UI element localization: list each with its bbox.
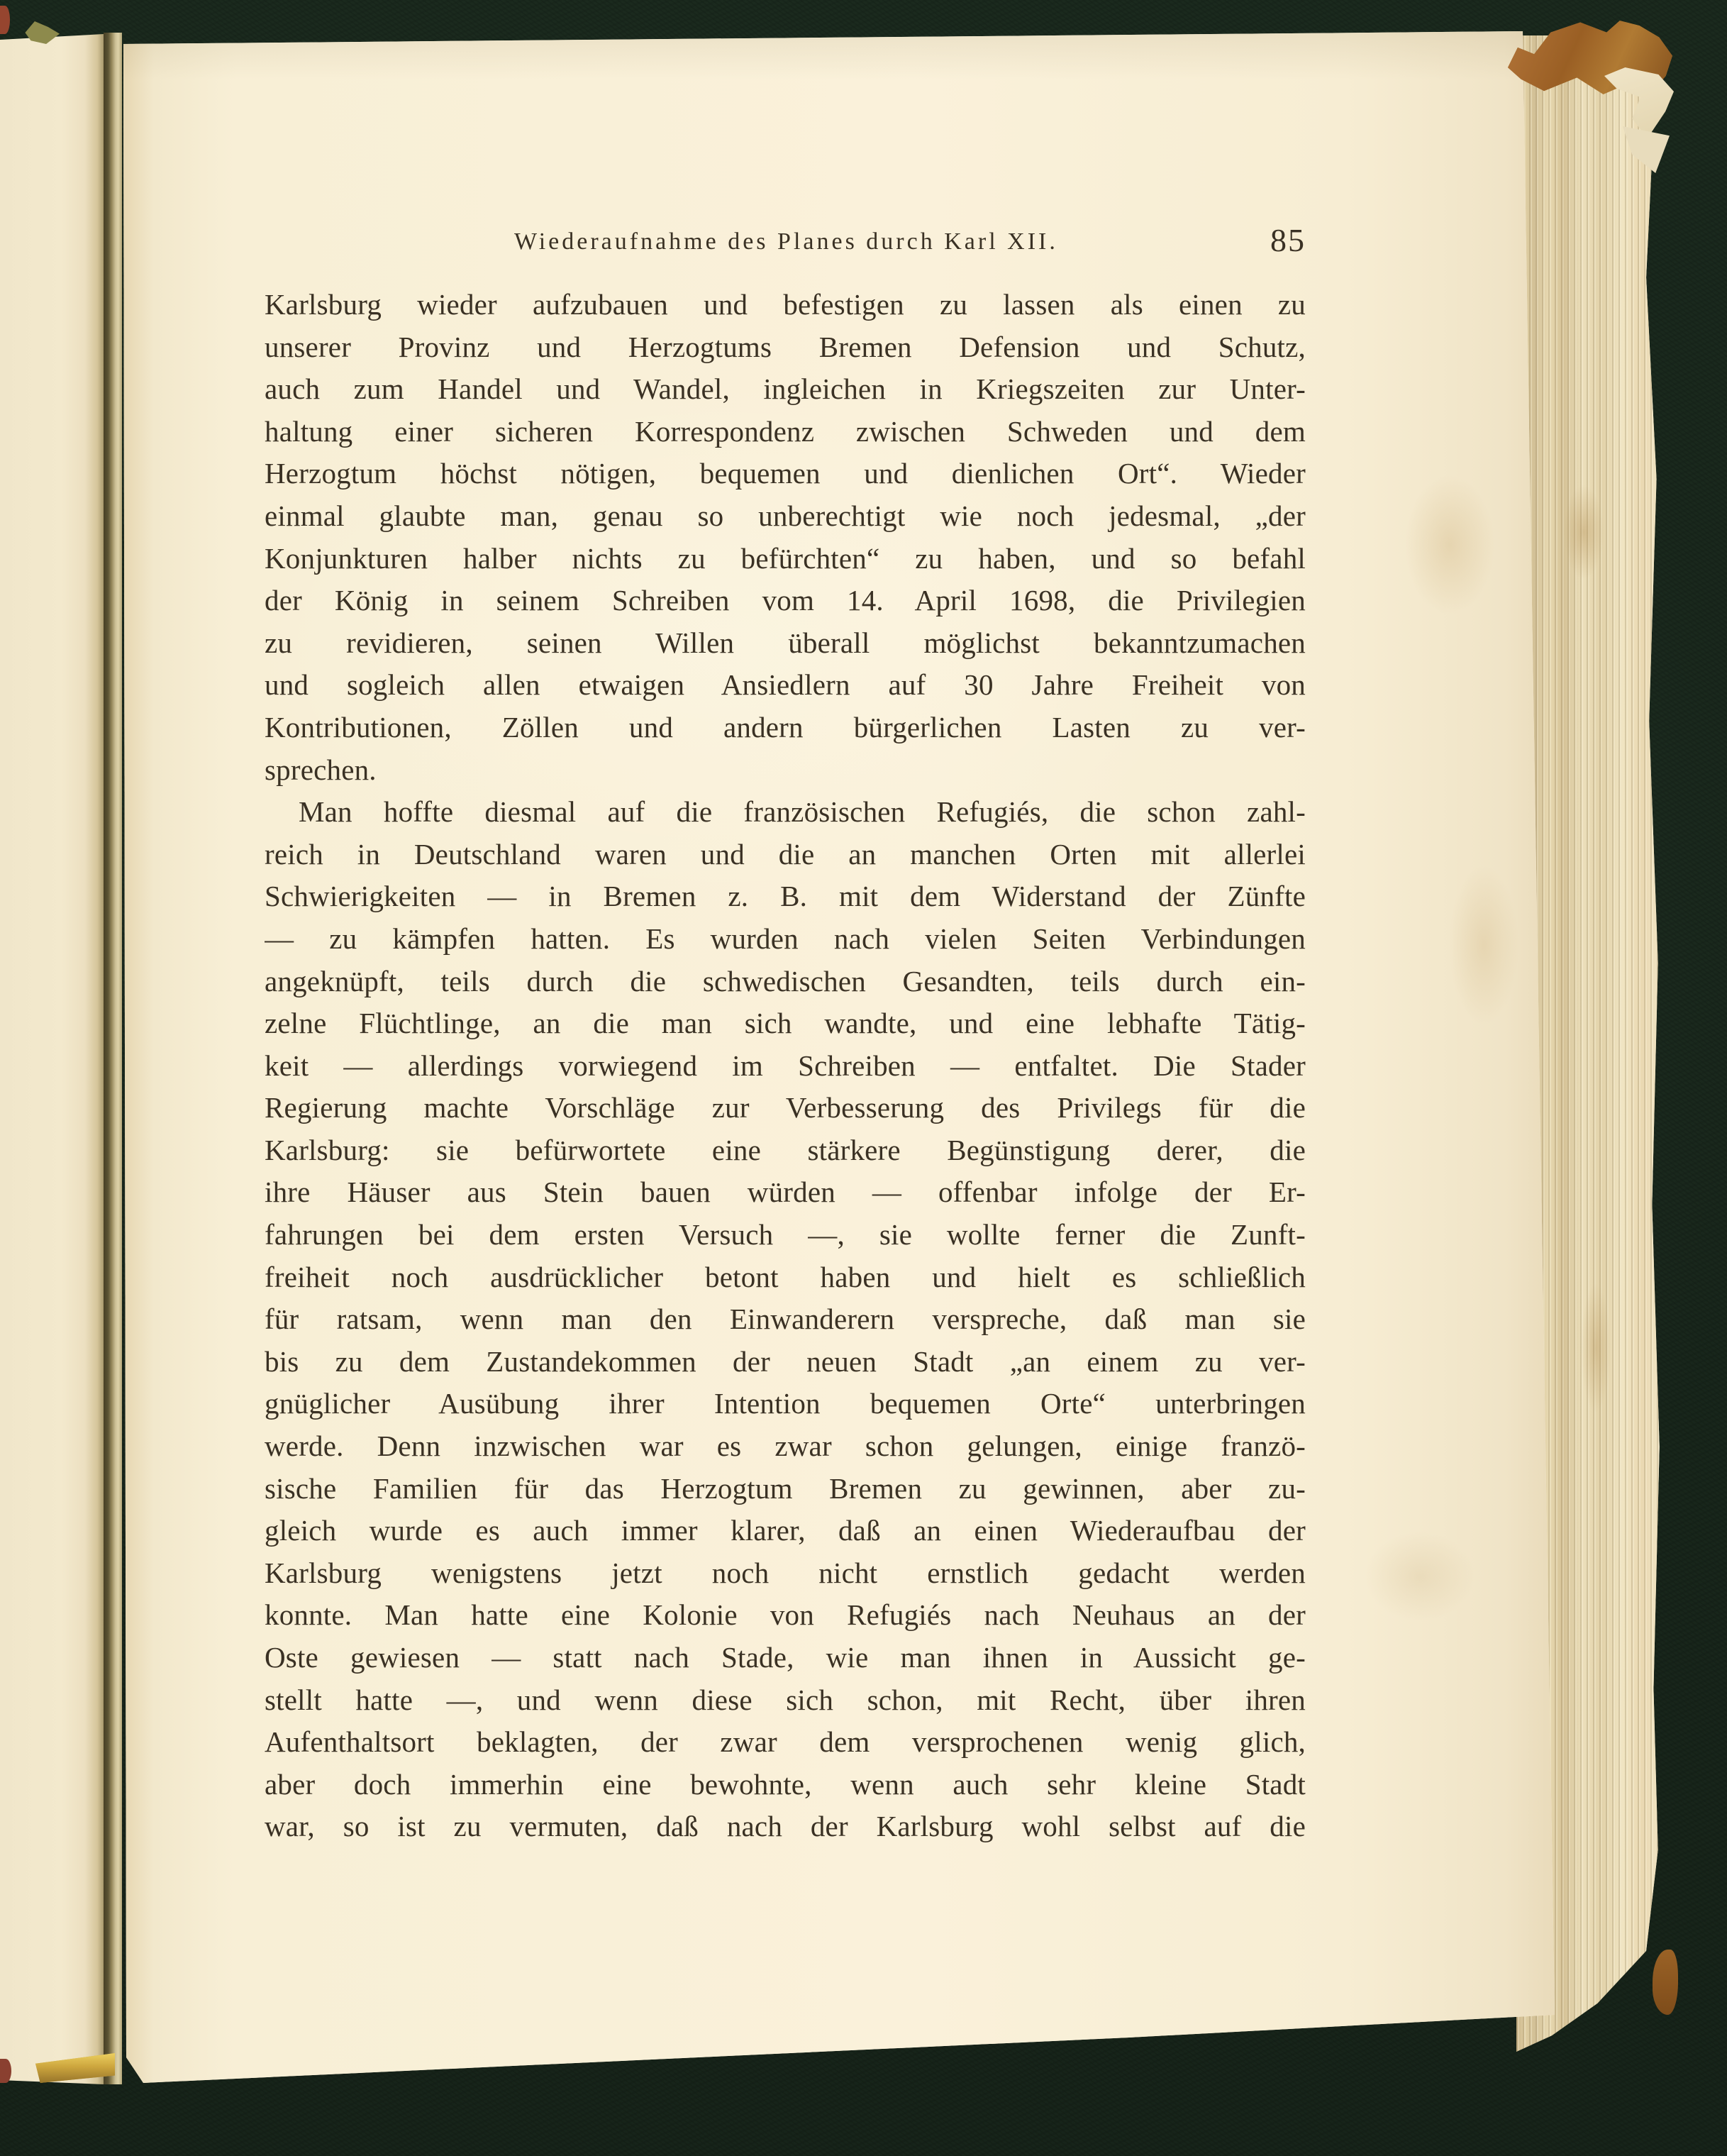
text-line: Karlsburg wenigstens jetzt noch nicht er… [265, 1552, 1306, 1595]
text-line: reich in Deutschland waren und die an ma… [265, 834, 1306, 876]
text-line: auch zum Handel und Wandel, ingleichen i… [265, 368, 1306, 411]
text-line: aber doch immerhin eine bewohnte, wenn a… [265, 1764, 1306, 1806]
facing-page-edge [0, 34, 104, 2084]
text-line: unserer Provinz und Herzogtums Bremen De… [265, 326, 1306, 369]
text-line: konnte. Man hatte eine Kolonie von Refug… [265, 1594, 1306, 1637]
book-page: Wiederaufnahme des Planes durch Karl XII… [122, 30, 1562, 2087]
running-header: Wiederaufnahme des Planes durch Karl XII… [265, 223, 1306, 272]
text-line: Kontributionen, Zöllen und andern bürger… [265, 707, 1306, 749]
text-line: werde. Denn inzwischen war es zwar schon… [265, 1425, 1306, 1468]
text-line: für ratsam, wenn man den Einwanderern ve… [265, 1298, 1306, 1341]
text-line: haltung einer sicheren Korrespondenz zwi… [265, 411, 1306, 453]
text-line: war, so ist zu vermuten, daß nach der Ka… [265, 1806, 1306, 1848]
text-line: fahrungen bei dem ersten Versuch —, sie … [265, 1214, 1306, 1256]
text-line: Karlsburg wieder aufzubauen und befestig… [265, 284, 1306, 326]
text-line: zu revidieren, seinen Willen überall mög… [265, 622, 1306, 665]
text-line: gnüglicher Ausübung ihrer Intention bequ… [265, 1383, 1306, 1425]
text-line: und sogleich allen etwaigen Ansiedlern a… [265, 664, 1306, 707]
text-line: — zu kämpfen hatten. Es wurden nach viel… [265, 918, 1306, 961]
text-line: Schwierigkeiten — in Bremen z. B. mit de… [265, 875, 1306, 918]
text-line: sische Familien für das Herzogtum Bremen… [265, 1468, 1306, 1510]
scanned-book-photo: Wiederaufnahme des Planes durch Karl XII… [0, 0, 1727, 2156]
text-line: zelne Flüchtlinge, an die man sich wandt… [265, 1002, 1306, 1045]
cover-glimpse-bottom-right [1653, 1950, 1678, 2015]
text-line: ihre Häuser aus Stein bauen würden — off… [265, 1171, 1306, 1214]
page-body: Karlsburg wieder aufzubauen und befestig… [265, 284, 1306, 1848]
text-line: Regierung machte Vorschläge zur Verbesse… [265, 1087, 1306, 1129]
red-fiber-top-left [0, 6, 10, 34]
running-title: Wiederaufnahme des Planes durch Karl XII… [514, 228, 1058, 255]
text-line: einmal glaubte man, genau so unberechtig… [265, 495, 1306, 538]
red-fiber-bottom-left [0, 2059, 11, 2083]
text-line: sprechen. [265, 749, 1306, 792]
text-line: gleich wurde es auch immer klarer, daß a… [265, 1510, 1306, 1552]
book-gutter [104, 33, 122, 2084]
page-number: 85 [1270, 221, 1306, 259]
text-line: Aufenthaltsort beklagten, der zwar dem v… [265, 1721, 1306, 1764]
text-line: keit — allerdings vorwiegend im Schreibe… [265, 1045, 1306, 1088]
text-line: der König in seinem Schreiben vom 14. Ap… [265, 580, 1306, 622]
text-line: angeknüpft, teils durch die schwedischen… [265, 961, 1306, 1003]
text-line: Karlsburg: sie befürwortete eine stärker… [265, 1129, 1306, 1172]
text-line: Konjunkturen halber nichts zu befürchten… [265, 538, 1306, 580]
text-line: Man hoffte diesmal auf die französischen… [265, 791, 1306, 834]
text-line: bis zu dem Zustandekommen der neuen Stad… [265, 1341, 1306, 1383]
text-line: Herzogtum höchst nötigen, bequemen und d… [265, 453, 1306, 495]
text-line: stellt hatte —, und wenn diese sich scho… [265, 1679, 1306, 1722]
text-line: Oste gewiesen — statt nach Stade, wie ma… [265, 1637, 1306, 1679]
text-line: freiheit noch ausdrücklicher betont habe… [265, 1256, 1306, 1299]
